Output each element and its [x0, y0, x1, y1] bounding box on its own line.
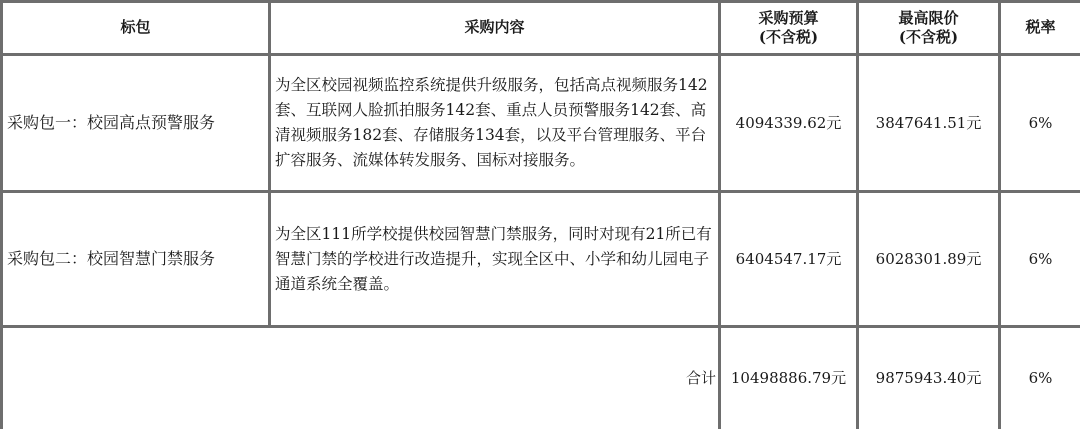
content-cell: 为全区111所学校提供校园智慧门禁服务，同时对现有21所已有智慧门禁的学校进行改…: [270, 192, 720, 327]
header-max-price: 最高限价 (不含税): [858, 2, 1000, 55]
table-header-row: 标包 采购内容 采购预算 (不含税) 最高限价 (不含税) 税率: [2, 2, 1080, 55]
header-content: 采购内容: [270, 2, 720, 55]
tax-rate-cell: 6%: [1000, 192, 1080, 327]
package-name-cell: 采购包一：校园高点预警服务: [2, 55, 270, 192]
header-max-price-line2: (不含税): [859, 28, 998, 48]
tax-rate-cell: 6%: [1000, 55, 1080, 192]
max-price-cell: 6028301.89元: [858, 192, 1000, 327]
table-row: 采购包一：校园高点预警服务 为全区校园视频监控系统提供升级服务，包括高点视频服务…: [2, 55, 1080, 192]
total-budget-cell: 10498886.79元: [720, 327, 858, 429]
budget-cell: 4094339.62元: [720, 55, 858, 192]
total-label-cell: 合计: [2, 327, 720, 429]
table-row: 采购包二：校园智慧门禁服务 为全区111所学校提供校园智慧门禁服务，同时对现有2…: [2, 192, 1080, 327]
max-price-cell: 3847641.51元: [858, 55, 1000, 192]
header-budget-line1: 采购预算: [721, 9, 856, 29]
header-tax-rate: 税率: [1000, 2, 1080, 55]
total-row: 合计 10498886.79元 9875943.40元 6%: [2, 327, 1080, 429]
budget-cell: 6404547.17元: [720, 192, 858, 327]
header-package: 标包: [2, 2, 270, 55]
content-cell: 为全区校园视频监控系统提供升级服务，包括高点视频服务142套、互联网人脸抓拍服务…: [270, 55, 720, 192]
package-name-cell: 采购包二：校园智慧门禁服务: [2, 192, 270, 327]
total-max-price-cell: 9875943.40元: [858, 327, 1000, 429]
total-tax-rate-cell: 6%: [1000, 327, 1080, 429]
procurement-table: 标包 采购内容 采购预算 (不含税) 最高限价 (不含税) 税率 采购包一：校园…: [0, 0, 1080, 429]
header-max-price-line1: 最高限价: [859, 9, 998, 29]
header-budget-line2: (不含税): [721, 28, 856, 48]
header-budget: 采购预算 (不含税): [720, 2, 858, 55]
